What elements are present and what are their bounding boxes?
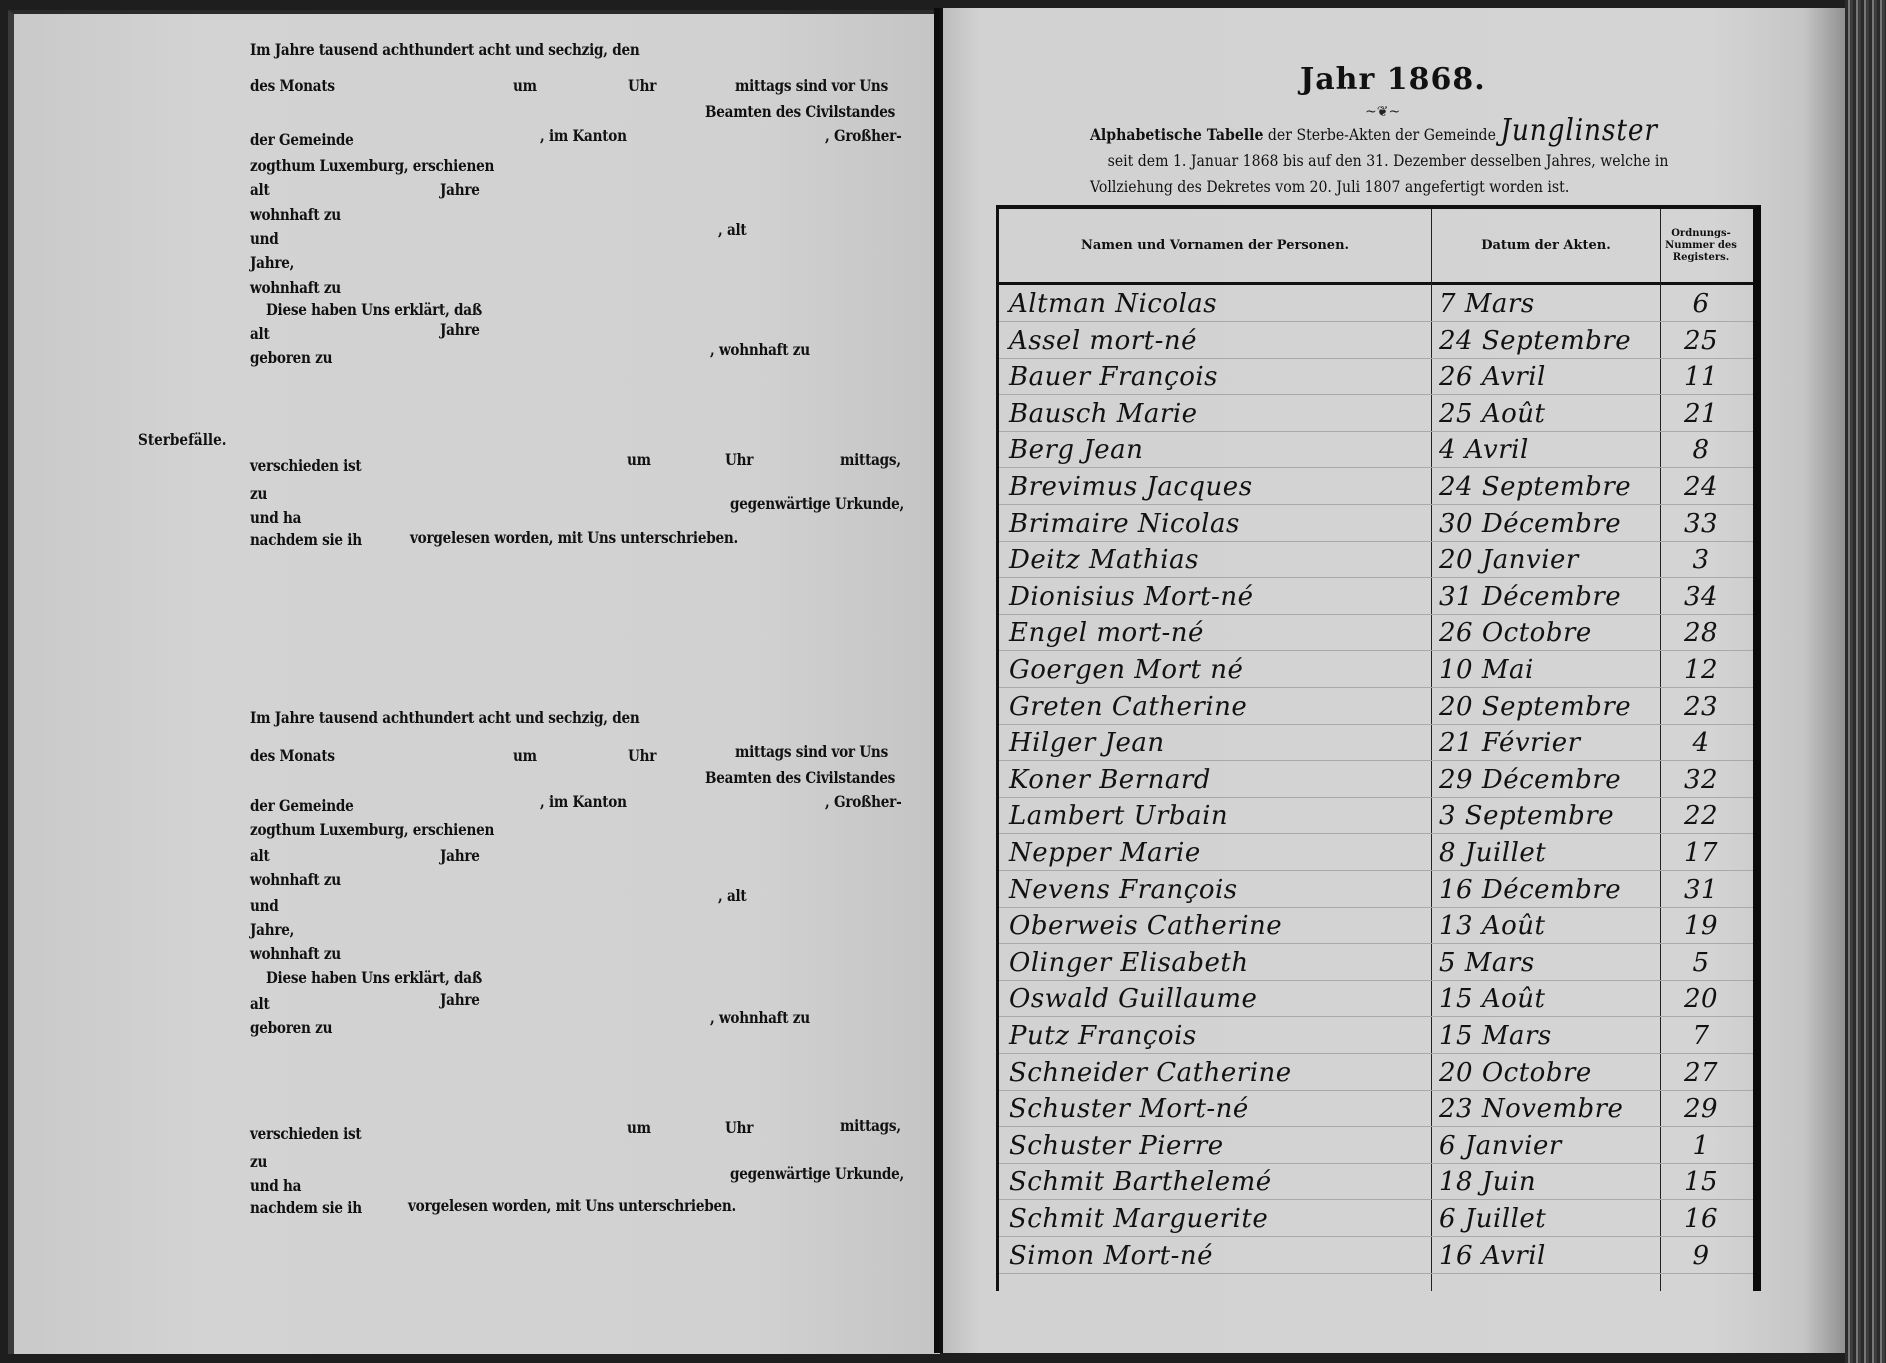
- person-name: Hilger Jean: [1009, 728, 1165, 758]
- table-row: Schmit Barthelemé18 Juin15: [999, 1163, 1753, 1200]
- act-date: 6 Janvier: [1439, 1131, 1562, 1161]
- table-row: Assel mort-né24 Septembre25: [999, 322, 1753, 359]
- form-line: zu: [250, 484, 267, 503]
- register-number: 19: [1661, 911, 1741, 941]
- form-line: Jahre: [440, 846, 480, 865]
- act-date: 23 Novembre: [1439, 1094, 1623, 1124]
- table-row: Oswald Guillaume15 Août20: [999, 980, 1753, 1017]
- register-number: 6: [1661, 289, 1741, 319]
- register-subtitle: Alphabetische Tabelle der Sterbe-Akten d…: [1090, 118, 1680, 200]
- form-line: alt: [250, 994, 269, 1013]
- table-row: Schuster Pierre6 Janvier1: [999, 1127, 1753, 1164]
- table-row: Putz François15 Mars7: [999, 1017, 1753, 1054]
- register-number: 1: [1661, 1131, 1741, 1161]
- table-row: Engel mort-né26 Octobre28: [999, 614, 1753, 651]
- header-register-number: Ordnungs-Nummer des Registers.: [1661, 209, 1741, 282]
- form-line: alt: [250, 846, 269, 865]
- person-name: Assel mort-né: [1009, 326, 1197, 356]
- form-line: mittags sind vor Uns: [735, 742, 888, 761]
- act-date: 5 Mars: [1439, 948, 1535, 978]
- act-date: 21 Février: [1439, 728, 1581, 758]
- register-number: 9: [1661, 1241, 1741, 1271]
- form-line: , alt: [718, 220, 746, 239]
- person-name: Greten Catherine: [1009, 692, 1247, 722]
- table-row: Olinger Elisabeth5 Mars5: [999, 944, 1753, 981]
- person-name: Schmit Marguerite: [1009, 1204, 1268, 1234]
- person-name: Koner Bernard: [1009, 765, 1211, 795]
- table-row: Brevimus Jacques24 Septembre24: [999, 468, 1753, 505]
- form-line: wohnhaft zu: [250, 205, 341, 224]
- form-line: Uhr: [628, 76, 656, 95]
- act-date: 15 Août: [1439, 984, 1545, 1014]
- act-date: 10 Mai: [1439, 655, 1534, 685]
- left-page: [8, 10, 940, 1354]
- act-date: 8 Juillet: [1439, 838, 1546, 868]
- act-date: 15 Mars: [1439, 1021, 1552, 1051]
- register-number: 3: [1661, 545, 1741, 575]
- register-number: 12: [1661, 655, 1741, 685]
- act-date: 20 Janvier: [1439, 545, 1579, 575]
- table-row: Goergen Mort né10 Mai12: [999, 651, 1753, 688]
- subtitle-line-3: Vollziehung des Dekretes vom 20. Juli 18…: [1090, 174, 1680, 200]
- act-date: 16 Avril: [1439, 1241, 1546, 1271]
- act-date: 29 Décembre: [1439, 765, 1621, 795]
- table-row: Schuster Mort-né23 Novembre29: [999, 1090, 1753, 1127]
- person-name: Berg Jean: [1009, 435, 1143, 465]
- act-date: 24 Septembre: [1439, 326, 1631, 356]
- person-name: Olinger Elisabeth: [1009, 948, 1249, 978]
- form-line: und ha: [250, 1176, 301, 1195]
- act-date: 13 Août: [1439, 911, 1545, 941]
- table-row: Nevens François16 Décembre31: [999, 871, 1753, 908]
- form-line: , wohnhaft zu: [710, 1008, 810, 1027]
- table-row: Berg Jean4 Avril8: [999, 431, 1753, 468]
- table-row: Lambert Urbain3 Septembre22: [999, 797, 1753, 834]
- act-date: 25 Août: [1439, 399, 1545, 429]
- register-number: 32: [1661, 765, 1741, 795]
- act-date: 20 Septembre: [1439, 692, 1631, 722]
- register-number: 29: [1661, 1094, 1741, 1124]
- header-names: Namen und Vornamen der Personen.: [999, 209, 1431, 282]
- table-row: Altman Nicolas7 Mars6: [999, 285, 1753, 322]
- form-line: zogthum Luxemburg, erschienen: [250, 156, 494, 175]
- form-line: um: [513, 746, 537, 765]
- person-name: Bausch Marie: [1009, 399, 1198, 429]
- form-line: und ha: [250, 508, 301, 527]
- register-number: 25: [1661, 326, 1741, 356]
- form-line: wohnhaft zu: [250, 944, 341, 963]
- act-date: 24 Septembre: [1439, 472, 1631, 502]
- form-line: nachdem sie ih: [250, 530, 362, 549]
- form-line: Jahre,: [250, 253, 294, 272]
- page-edges: [1845, 0, 1886, 1363]
- act-date: 26 Octobre: [1439, 618, 1592, 648]
- subtitle-bold: Alphabetische Tabelle: [1090, 125, 1263, 144]
- form-line: um: [627, 450, 651, 469]
- table-row: Bauer François26 Avril11: [999, 358, 1753, 395]
- form-line: geboren zu: [250, 348, 332, 367]
- table-row: Schmit Marguerite6 Juillet16: [999, 1200, 1753, 1237]
- form-line: und: [250, 229, 279, 248]
- register-number: 15: [1661, 1167, 1741, 1197]
- person-name: Nevens François: [1009, 875, 1238, 905]
- form-line: mittags,: [840, 1116, 901, 1135]
- form-line: des Monats: [250, 746, 335, 765]
- commune-name: Junglinster: [1500, 113, 1657, 148]
- table-row: Koner Bernard29 Décembre32: [999, 761, 1753, 798]
- table-row: Simon Mort-né16 Avril9: [999, 1237, 1753, 1274]
- form-line: mittags,: [840, 450, 901, 469]
- table-row: Hilger Jean21 Février4: [999, 724, 1753, 761]
- register-number: 27: [1661, 1058, 1741, 1088]
- form-line: Uhr: [725, 1118, 753, 1137]
- register-number: 22: [1661, 801, 1741, 831]
- person-name: Nepper Marie: [1009, 838, 1201, 868]
- form-line: alt: [250, 324, 269, 343]
- form-line: Im Jahre tausend achthundert acht und se…: [250, 708, 640, 727]
- form-line: wohnhaft zu: [250, 278, 341, 297]
- act-date: 31 Décembre: [1439, 582, 1621, 612]
- form-line: und: [250, 896, 279, 915]
- form-line: gegenwärtige Urkunde,: [730, 1164, 904, 1183]
- register-number: 7: [1661, 1021, 1741, 1051]
- person-name: Putz François: [1009, 1021, 1197, 1051]
- register-number: 16: [1661, 1204, 1741, 1234]
- form-line: Uhr: [725, 450, 753, 469]
- person-name: Dionisius Mort-né: [1009, 582, 1253, 612]
- table-row: Nepper Marie8 Juillet17: [999, 834, 1753, 871]
- table-row: Dionisius Mort-né31 Décembre34: [999, 578, 1753, 615]
- register-number: 31: [1661, 875, 1741, 905]
- form-line: Im Jahre tausend achthundert acht und se…: [250, 40, 640, 59]
- form-line: Jahre: [440, 320, 480, 339]
- form-line: , Großher-: [825, 792, 901, 811]
- act-date: 18 Juin: [1439, 1167, 1536, 1197]
- form-line: , im Kanton: [540, 792, 627, 811]
- table-row: Greten Catherine20 Septembre23: [999, 688, 1753, 725]
- person-name: Engel mort-né: [1009, 618, 1204, 648]
- person-name: Schmit Barthelemé: [1009, 1167, 1272, 1197]
- form-line: Uhr: [628, 746, 656, 765]
- form-line: , wohnhaft zu: [710, 340, 810, 359]
- form-line: zu: [250, 1152, 267, 1171]
- register-number: 20: [1661, 984, 1741, 1014]
- form-line: verschieden ist: [250, 456, 361, 475]
- form-line: um: [513, 76, 537, 95]
- act-date: 4 Avril: [1439, 435, 1529, 465]
- form-line: , alt: [718, 886, 746, 905]
- form-line: Beamten des Civilstandes: [705, 102, 895, 121]
- form-line: alt: [250, 180, 269, 199]
- form-line: Diese haben Uns erklärt, daß: [266, 300, 482, 319]
- form-line: der Gemeinde: [250, 796, 354, 815]
- register-number: 24: [1661, 472, 1741, 502]
- register-year-title: Jahr 1868.: [1300, 62, 1486, 97]
- act-date: 26 Avril: [1439, 362, 1546, 392]
- form-line: Jahre: [440, 180, 480, 199]
- table-row: Brimaire Nicolas30 Décembre33: [999, 505, 1753, 542]
- register-number: 21: [1661, 399, 1741, 429]
- form-line: Jahre,: [250, 920, 294, 939]
- act-date: 20 Octobre: [1439, 1058, 1592, 1088]
- subtitle-line-2: seit dem 1. Januar 1868 bis auf den 31. …: [1090, 148, 1680, 174]
- act-date: 6 Juillet: [1439, 1204, 1546, 1234]
- form-line: vorgelesen worden, mit Uns unterschriebe…: [410, 528, 738, 547]
- register-number: 28: [1661, 618, 1741, 648]
- person-name: Lambert Urbain: [1009, 801, 1228, 831]
- table-row: Deitz Mathias20 Janvier3: [999, 541, 1753, 578]
- form-line: Beamten des Civilstandes: [705, 768, 895, 787]
- form-line: der Gemeinde: [250, 130, 354, 149]
- register-number: 34: [1661, 582, 1741, 612]
- person-name: Schuster Pierre: [1009, 1131, 1224, 1161]
- act-date: 3 Septembre: [1439, 801, 1614, 831]
- table-row: Schneider Catherine20 Octobre27: [999, 1054, 1753, 1091]
- person-name: Schuster Mort-né: [1009, 1094, 1249, 1124]
- register-number: 11: [1661, 362, 1741, 392]
- person-name: Oberweis Catherine: [1009, 911, 1282, 941]
- form-line: , im Kanton: [540, 126, 627, 145]
- person-name: Deitz Mathias: [1009, 545, 1199, 575]
- form-line: , Großher-: [825, 126, 901, 145]
- person-name: Brevimus Jacques: [1009, 472, 1253, 502]
- death-register-table: Namen und Vornamen der Personen. Datum d…: [996, 205, 1761, 1291]
- register-number: 17: [1661, 838, 1741, 868]
- act-date: 30 Décembre: [1439, 509, 1621, 539]
- person-name: Goergen Mort né: [1009, 655, 1243, 685]
- form-line: verschieden ist: [250, 1124, 361, 1143]
- subtitle-text: der Sterbe-Akten der Gemeinde: [1263, 125, 1500, 144]
- header-date: Datum der Akten.: [1432, 209, 1660, 282]
- form-line: vorgelesen worden, mit Uns unterschriebe…: [408, 1196, 736, 1215]
- person-name: Oswald Guillaume: [1009, 984, 1257, 1014]
- register-number: 4: [1661, 728, 1741, 758]
- form-line: Jahre: [440, 990, 480, 1009]
- form-line: mittags sind vor Uns: [735, 76, 888, 95]
- form-line: wohnhaft zu: [250, 870, 341, 889]
- person-name: Simon Mort-né: [1009, 1241, 1213, 1271]
- form-line: zogthum Luxemburg, erschienen: [250, 820, 494, 839]
- form-line: Diese haben Uns erklärt, daß: [266, 968, 482, 987]
- side-label-sterbefaelle: Sterbefälle.: [138, 430, 226, 449]
- person-name: Brimaire Nicolas: [1009, 509, 1240, 539]
- register-number: 8: [1661, 435, 1741, 465]
- form-line: des Monats: [250, 76, 335, 95]
- table-row: Bausch Marie25 Août21: [999, 395, 1753, 432]
- act-date: 16 Décembre: [1439, 875, 1621, 905]
- form-line: um: [627, 1118, 651, 1137]
- register-number: 33: [1661, 509, 1741, 539]
- act-date: 7 Mars: [1439, 289, 1535, 319]
- table-header: Namen und Vornamen der Personen. Datum d…: [999, 209, 1753, 285]
- form-line: geboren zu: [250, 1018, 332, 1037]
- person-name: Altman Nicolas: [1009, 289, 1217, 319]
- register-number: 23: [1661, 692, 1741, 722]
- form-line: gegenwärtige Urkunde,: [730, 494, 904, 513]
- table-row: Oberweis Catherine13 Août19: [999, 907, 1753, 944]
- person-name: Schneider Catherine: [1009, 1058, 1292, 1088]
- person-name: Bauer François: [1009, 362, 1218, 392]
- form-line: nachdem sie ih: [250, 1198, 362, 1217]
- register-number: 5: [1661, 948, 1741, 978]
